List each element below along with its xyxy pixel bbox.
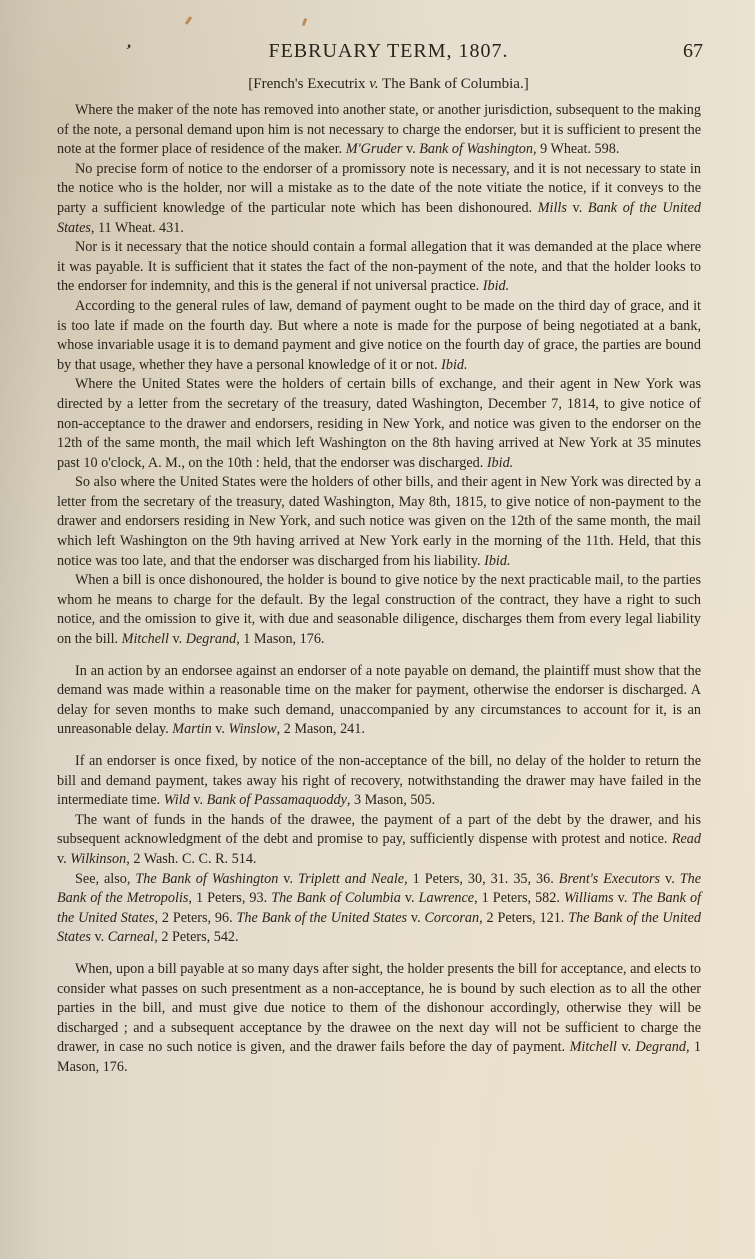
case-caption: [French's Executrix v. The Bank of Colum… [0, 76, 755, 93]
headnote-paragraph: So also where the United States were the… [57, 473, 701, 571]
headnote-paragraph: When a bill is once dishonoured, the hol… [57, 571, 701, 649]
case-citation: M'Gruder [346, 141, 403, 157]
headnote-paragraph: Nor is it necessary that the notice shou… [57, 238, 701, 297]
headnote-text: The want of funds in the hands of the dr… [57, 812, 701, 848]
case-citation: Bank of Passamaquoddy [207, 792, 347, 808]
case-citation: Wilkinson [70, 851, 126, 867]
headnote-text: v. [407, 910, 424, 926]
headnote-text: v. [57, 851, 70, 867]
headnote-text: Where the United States were the holders… [57, 376, 701, 470]
case-citation: The Bank of Washington [135, 871, 278, 887]
case-citation: The Bank of Columbia [271, 890, 401, 906]
headnote-paragraph: See, also, The Bank of Washington v. Tri… [57, 870, 701, 948]
headnote-paragraph: In an action by an endorsee against an e… [57, 662, 701, 740]
headnote-text: v. [660, 871, 680, 887]
headnote-text: v. [278, 871, 298, 887]
headnote-text: In an action by an endorsee against an e… [57, 663, 701, 738]
headnote-text: v. [614, 890, 632, 906]
case-citation: Martin [172, 721, 211, 737]
case-citation: Lawrence [419, 890, 474, 906]
headnote-text: According to the general rules of law, d… [57, 298, 701, 373]
case-citation: Wild [164, 792, 190, 808]
case-citation: Degrand [635, 1039, 685, 1055]
headnote-text: Nor is it necessary that the notice shou… [57, 239, 701, 294]
case-citation: Ibid. [487, 455, 513, 471]
case-caption-versus: v. [369, 76, 378, 92]
case-citation: Degrand [186, 631, 236, 647]
headnote-text: v. [190, 792, 207, 808]
headnote-text: , 2 Wash. C. C. R. 514. [126, 851, 256, 867]
headnote-text: v. [401, 890, 419, 906]
case-citation: Triplett and Neale [298, 871, 404, 887]
case-caption-close: The Bank of Columbia.] [379, 76, 529, 92]
headnote-text: v. [91, 929, 108, 945]
headnote-text: v. [169, 631, 186, 647]
headnote-text: , 3 Mason, 505. [347, 792, 435, 808]
headnote-paragraph: Where the United States were the holders… [57, 375, 701, 473]
headnote-text: See, also, [75, 871, 135, 887]
headnote-paragraph: When, upon a bill payable at so many day… [57, 960, 701, 1078]
running-header: ʼ FEBRUARY TERM, 1807. 67 [0, 40, 755, 66]
headnote-text: , 2 Peters, 96. [155, 910, 237, 926]
ink-speck [185, 16, 193, 25]
headnote-text: v. [617, 1039, 636, 1055]
case-citation: The Bank of the United States [237, 910, 408, 926]
headnote-text: , 2 Peters, 121. [479, 910, 568, 926]
headnote-text: , 1 Peters, 93. [188, 890, 271, 906]
headnote-text: v. [212, 721, 229, 737]
headnote-text: , 2 Peters, 542. [154, 929, 238, 945]
headnote-paragraph: If an endorser is once fixed, by notice … [57, 752, 701, 811]
headnote-text: , 1 Peters, 582. [474, 890, 564, 906]
headnote-paragraph: Where the maker of the note has removed … [57, 101, 701, 160]
case-citation: Mills [538, 200, 567, 216]
case-citation: Mitchell [570, 1039, 617, 1055]
case-citation: Corcoran [424, 910, 479, 926]
headnote-text: v. [402, 141, 419, 157]
case-citation: Read [672, 831, 701, 847]
case-citation: Williams [564, 890, 614, 906]
page-number: 67 [683, 40, 703, 63]
case-citation: Brent's Executors [559, 871, 660, 887]
headnote-text: , 9 Wheat. 598. [533, 141, 619, 157]
headnotes-body: Where the maker of the note has removed … [57, 101, 701, 1078]
ink-speck [302, 18, 308, 27]
headnote-paragraph: No precise form of notice to the endorse… [57, 160, 701, 238]
headnote-text: , 2 Mason, 241. [277, 721, 365, 737]
case-citation: Ibid. [483, 278, 509, 294]
case-citation: Carneal [108, 929, 155, 945]
headnote-text: So also where the United States were the… [57, 474, 701, 568]
case-citation: Mitchell [122, 631, 169, 647]
headnote-text: v. [567, 200, 588, 216]
headnote-text: , 11 Wheat. 431. [91, 220, 184, 236]
term-title: FEBRUARY TERM, 1807. [0, 40, 755, 63]
headnote-text: , 1 Mason, 176. [236, 631, 324, 647]
case-citation: Bank of Washington [419, 141, 533, 157]
headnote-paragraph: The want of funds in the hands of the dr… [57, 811, 701, 870]
case-citation: Winslow [229, 721, 277, 737]
case-caption-open: [French's Executrix [248, 76, 369, 92]
headnote-text: , 1 Peters, 30, 31. 35, 36. [404, 871, 559, 887]
headnote-paragraph: According to the general rules of law, d… [57, 297, 701, 375]
scanned-page: ʼ FEBRUARY TERM, 1807. 67 [French's Exec… [0, 0, 755, 1259]
case-citation: Ibid. [441, 357, 467, 373]
case-citation: Ibid. [484, 553, 510, 569]
